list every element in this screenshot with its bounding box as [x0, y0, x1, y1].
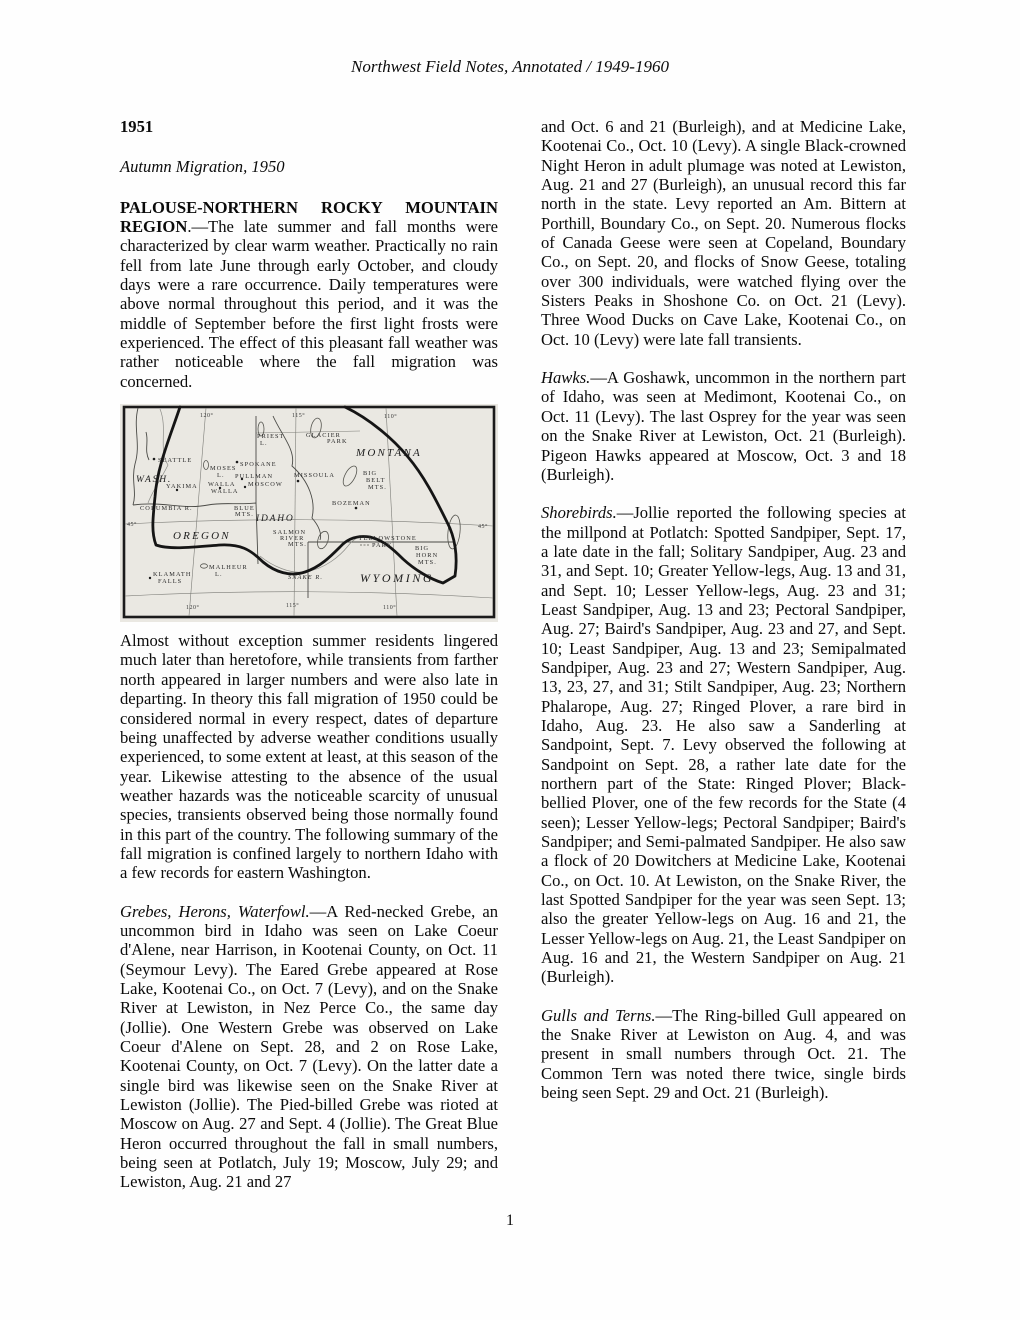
map-label-moscow: MOSCOW [248, 481, 283, 488]
right-column: and Oct. 6 and 21 (Burleigh), and at Med… [541, 117, 906, 1103]
shorebirds-paragraph-text: —Jollie reported the following species a… [541, 503, 906, 986]
map-label-meridian-120-bottom: 120° [186, 604, 200, 611]
map-label-salmon-river-line3: MTS. [288, 541, 307, 548]
map-label-malheur-lake: MALHEUR [209, 564, 248, 571]
year-heading: 1951 [120, 117, 498, 136]
map-label-big-horn-line1: BIG [415, 545, 429, 552]
map-label-klamath-falls-line1: KLAMATH [153, 571, 191, 578]
map-label-big-horn-line3: MTS. [418, 559, 437, 566]
map-label-meridian-110-top: 110° [384, 413, 397, 420]
map-label-moses-lake: MOSES [210, 465, 237, 472]
map-label-bozeman: BOZEMAN [332, 500, 371, 507]
map-label-seattle: SEATTLE [158, 457, 192, 464]
map-label-glacier-park-line2: PARK [327, 438, 348, 445]
map-label-pullman: PULLMAN [235, 473, 273, 480]
map-label-big-horn-line2: HORN [416, 552, 438, 559]
map-label-blue-mts-line2: MTS. [235, 511, 254, 518]
gulls-terns-paragraph: Gulls and Terns.—The Ring-billed Gull ap… [541, 1006, 906, 1103]
map-label-big-belt-line1: BIG [363, 470, 377, 477]
shorebirds-section-lead: Shorebirds. [541, 503, 617, 522]
gulls-section-lead: Gulls and Terns. [541, 1006, 656, 1025]
map-label-moses-lake-abbr: L. [217, 472, 225, 479]
grebes-section-lead: Grebes, Herons, Waterfowl. [120, 902, 310, 921]
map-label-klamath-falls-line2: FALLS [158, 578, 182, 585]
grebes-paragraph-text: —A Red-necked Grebe, an uncommon bird in… [120, 902, 498, 1192]
map-label-idaho: IDAHO [255, 514, 295, 524]
map-label-missoula: MISSOULA [294, 472, 335, 479]
shorebirds-paragraph: Shorebirds.—Jollie reported the followin… [541, 503, 906, 987]
hawks-paragraph-text: —A Goshawk, uncommon in the northern par… [541, 368, 906, 484]
map-label-yellowstone-line1: YELLOWSTONE [358, 535, 417, 542]
map-label-meridian-110-bottom: 110° [383, 604, 396, 611]
continuation-paragraph: and Oct. 6 and 21 (Burleigh), and at Med… [541, 117, 906, 349]
map-label-priest-lake: PRIEST [257, 433, 285, 440]
map-label-parallel-45-left: 45° [127, 521, 137, 528]
map-label-meridian-120-top: 120° [200, 412, 214, 419]
summary-paragraph: Almost without exception summer resident… [120, 631, 498, 882]
region-paragraph-text: .—The late summer and fall months were c… [120, 217, 498, 391]
map-label-malheur-lake-abbr: L. [215, 571, 223, 578]
map-label-meridian-115-top: 115° [292, 412, 305, 419]
region-map-figure: 120° 115° 110° 120° 115° 110° 45° 45° WA… [120, 404, 498, 622]
map-label-priest-lake-abbr: L. [260, 440, 268, 447]
map-label-big-belt-line2: BELT [366, 477, 386, 484]
map-label-wyoming: WYOMING [360, 571, 434, 585]
map-label-walla-line2: WALLA [211, 488, 239, 495]
map-label-montana: MONTANA [355, 447, 422, 459]
hawks-section-lead: Hawks. [541, 368, 590, 387]
season-heading: Autumn Migration, 1950 [120, 157, 498, 176]
map-label-parallel-45-right: 45° [478, 523, 488, 530]
map-label-yellowstone-line2: PARK [372, 542, 393, 549]
map-label-spokane: SPOKANE [240, 461, 277, 468]
two-column-body: 1951 Autumn Migration, 1950 PALOUSE-NORT… [120, 117, 906, 1192]
running-header: Northwest Field Notes, Annotated / 1949-… [0, 57, 1020, 77]
page-number: 1 [0, 1212, 1020, 1230]
map-label-walla-line1: WALLA [208, 481, 236, 488]
map-label-yakima: YAKIMA [166, 483, 198, 490]
document-page: Northwest Field Notes, Annotated / 1949-… [0, 0, 1020, 1320]
map-label-oregon: OREGON [173, 530, 231, 542]
map-label-big-belt-line3: MTS. [368, 484, 387, 491]
map-label-columbia-river: COLUMBIA R. [140, 505, 193, 512]
grebes-herons-waterfowl-paragraph: Grebes, Herons, Waterfowl.—A Red-necked … [120, 902, 498, 1192]
region-paragraph: PALOUSE-NORTHERN ROCKY MOUNTAIN REGION.—… [120, 198, 498, 391]
left-column: 1951 Autumn Migration, 1950 PALOUSE-NORT… [120, 117, 498, 1192]
map-label-snake-river: SNAKE R. [288, 574, 323, 581]
hawks-paragraph: Hawks.—A Goshawk, uncommon in the northe… [541, 368, 906, 484]
map-label-meridian-115-bottom: 115° [286, 602, 299, 609]
